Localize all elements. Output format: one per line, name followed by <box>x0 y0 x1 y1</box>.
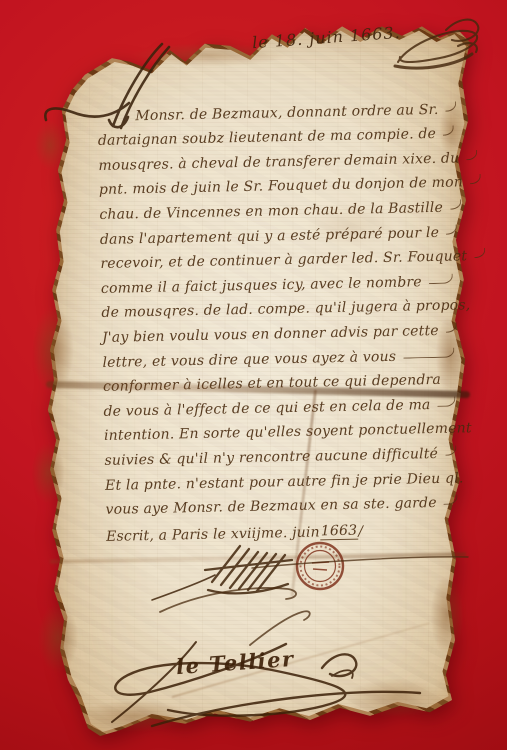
closing-year: 1663 <box>320 522 359 540</box>
closing-slash: / <box>358 523 363 539</box>
letter-lines: Monsr. de Bezmaux, donnant ordre au Sr. … <box>97 93 458 518</box>
letter-body: Monsr. de Bezmaux, donnant ordre au Sr. … <box>97 93 458 545</box>
photograph-red-background: le 18. juin 1663. Monsr. de Bezmaux, don… <box>0 0 507 750</box>
